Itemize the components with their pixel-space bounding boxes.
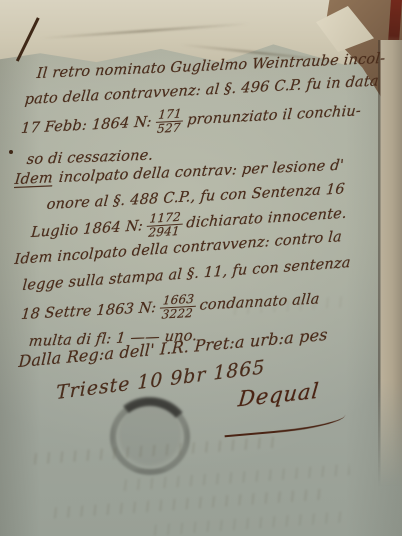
docket-number-fraction: 11722941	[146, 211, 183, 240]
line-text: 18 Settre 1863 N:	[20, 300, 157, 323]
line-text: Luglio 1864 N:	[30, 218, 143, 241]
line-text: pronunziato il conchiu-	[186, 103, 361, 128]
underlined-word: Idem	[14, 170, 54, 188]
fraction-denominator: 527	[155, 121, 184, 135]
docket-number-fraction: 171527	[155, 107, 185, 135]
fraction-denominator: 2941	[146, 224, 182, 239]
ink-stamp	[110, 399, 190, 475]
line-text: dichiarato innocente.	[186, 206, 348, 232]
manuscript-photo: Il retro nominato Guglielmo Weintraube i…	[0, 0, 402, 536]
stamp-arc	[104, 393, 196, 481]
line-text: 17 Febb: 1864 N:	[20, 114, 152, 137]
docket-number-fraction: 16633222	[159, 293, 197, 321]
page-edge-strip	[378, 40, 402, 510]
fraction-denominator: 3222	[159, 306, 195, 321]
ink-dot	[9, 150, 13, 154]
